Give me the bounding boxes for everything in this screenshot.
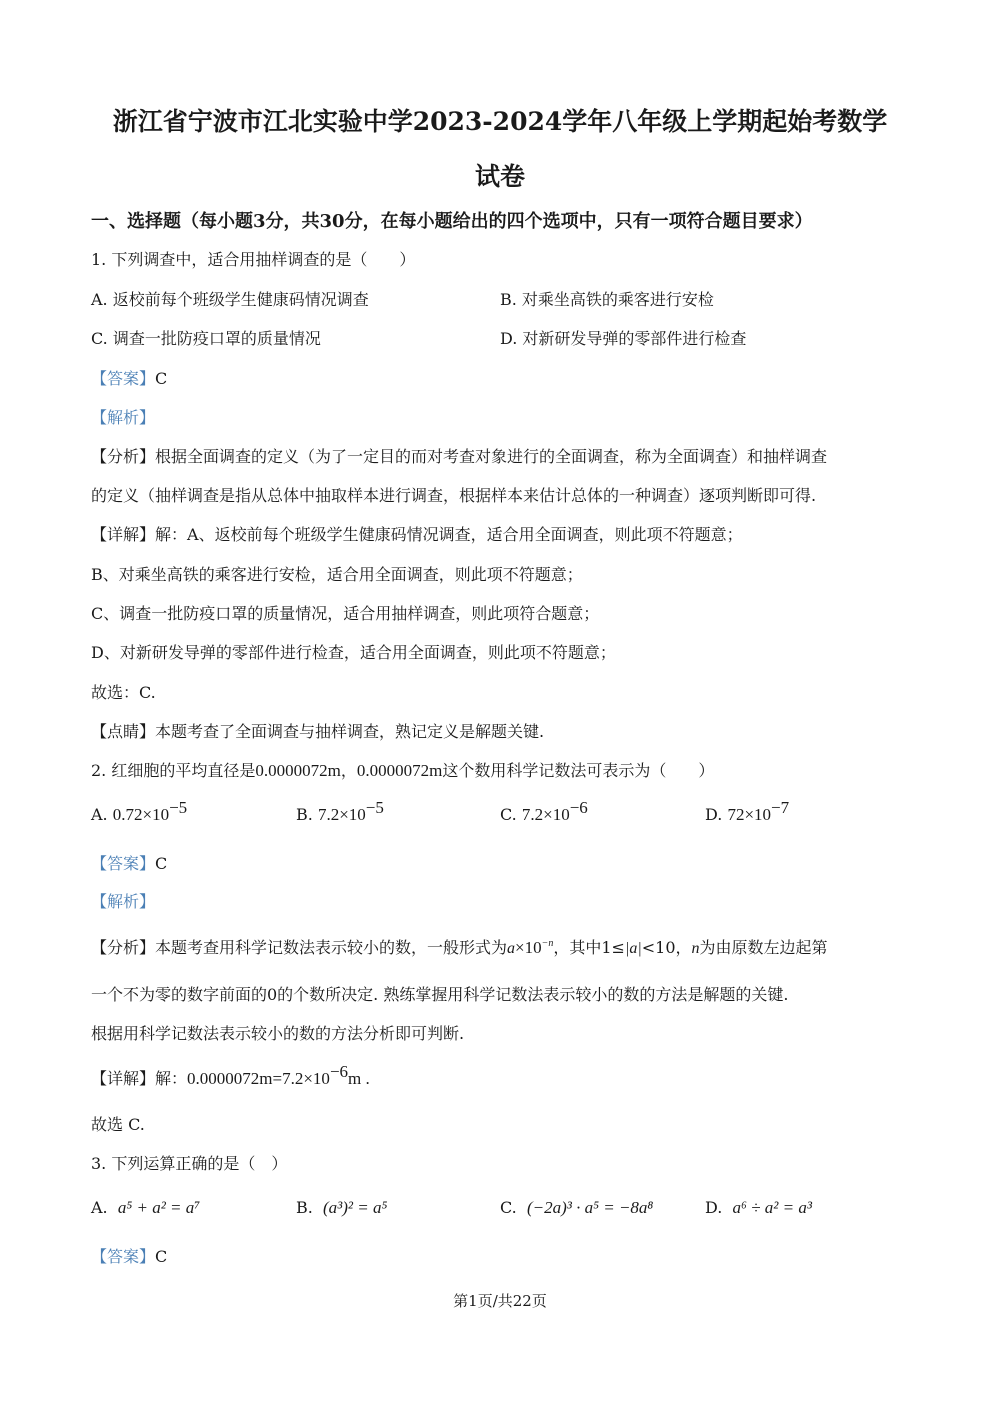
q2-conclusion: 故选 C. [91,1112,145,1135]
option-mantissa: 7.2×10 [522,805,570,824]
analysis-tag: 【解析】 [91,892,155,911]
option-label: A. [91,805,108,824]
formula-a: a [507,940,515,957]
fenxi-text: ，其中1≤ [553,938,625,957]
option-label: C. [500,805,517,824]
q2-option-a: A. 0.72×10−5 [91,805,187,825]
detail-prefix: 解： [155,1069,187,1088]
formula-base: ×10 [515,938,542,957]
q2-stem-value1: 0.0000072m [255,761,340,780]
q3-option-b: B. (a³)² = a⁵ [296,1198,387,1218]
q1-detail-line4: D、对新研发导弹的零部件进行检查，适合用全面调查，则此项不符题意； [91,640,616,663]
question-1-stem: 1. 下列调查中，适合用抽样调查的是（ ） [91,247,415,270]
section-heading: 一、选择题（每小题3分，共30分，在每小题给出的四个选项中，只有一项符合题目要求… [91,207,813,233]
option-label: A. [91,1198,108,1217]
option-expression: (−2a)³ · a⁵ = −8a⁸ [527,1198,653,1217]
q2-option-d: D. 72×10−7 [705,805,789,825]
q1-comment: 【点睛】本题考查了全面调查与抽样调查，熟记定义是解题关键. [91,719,544,742]
answer-tag: 【答案】 [91,369,155,388]
detail-tag: 【详解】 [91,1069,155,1088]
document-title-line1: 浙江省宁波市江北实验中学2023-2024学年八年级上学期起始考数学 [0,102,1000,138]
q3-option-a: A. a⁵ + a² = a⁷ [91,1198,200,1218]
formula-exponent: −n [542,938,554,949]
answer-tag: 【答案】 [91,1247,155,1266]
detail-tag: 【详解】 [91,525,155,544]
detail-unit: m . [348,1069,370,1088]
detail-math: 0.0000072m=7.2×10 [187,1069,330,1088]
q2-stem-sep: ， [341,761,357,780]
option-expression: a⁵ + a² = a⁷ [118,1198,200,1217]
comment-tag: 【点睛】 [91,722,155,741]
fenxi-text: 根据全面调查的定义（为了一定目的而对考查对象进行的全面调查，称为全面调查）和抽样… [155,447,827,466]
answer-tag: 【答案】 [91,854,155,873]
question-3-stem: 3. 下列运算正确的是（ ） [91,1151,287,1174]
answer-value: C [155,854,167,873]
formula-n: n [692,940,700,957]
q2-fenxi-line2: 一个不为零的数字前面的0的个数所决定. 熟练掌握用科学记数法表示较小的数的方法是… [91,982,788,1005]
fenxi-text: 本题考查用科学记数法表示较小的数，一般形式为 [155,938,507,957]
page-footer: 第1页/共22页 [0,1290,1000,1311]
q2-stem-suffix: 这个数用科学记数法可表示为（ ） [442,761,714,780]
option-label: D. [705,1198,722,1217]
analysis-tag: 【解析】 [91,408,155,427]
option-exponent: −6 [570,798,588,817]
q1-fenxi-line2: 的定义（抽样调查是指从总体中抽取样本进行调查，根据样本来估计总体的一种调查）逐项… [91,483,816,506]
option-label: B. [296,1198,313,1217]
q1-detail-line3: C、调查一批防疫口罩的质量情况，适合用抽样调查，则此项符合题意； [91,601,599,624]
option-expression: (a³)² = a⁵ [323,1198,387,1217]
q2-answer: 【答案】C [91,851,167,874]
q1-option-b: B. 对乘坐高铁的乘客进行安检 [500,287,714,310]
q3-answer: 【答案】C [91,1244,167,1267]
option-mantissa: 0.72×10 [113,805,169,824]
q2-detail: 【详解】解：0.0000072m=7.2×10−6m . [91,1066,370,1089]
q2-fenxi-line1: 【分析】本题考查用科学记数法表示较小的数，一般形式为a×10−n，其中1≤|a|… [91,935,828,958]
option-label: D. [705,805,722,824]
fenxi-text: <10， [642,938,692,957]
option-exponent: −7 [771,798,789,817]
q1-fenxi-line1: 【分析】根据全面调查的定义（为了一定目的而对考查对象进行的全面调查，称为全面调查… [91,444,827,467]
document-title-line2: 试卷 [0,157,1000,193]
option-label: B. [296,805,313,824]
answer-value: C [155,369,167,388]
q1-detail-line1: 【详解】解：A、返校前每个班级学生健康码情况调查，适合用全面调查，则此项不符题意… [91,522,743,545]
q2-analysis-tag: 【解析】 [91,889,155,912]
fenxi-tag: 【分析】 [91,447,155,466]
q2-stem-value2: 0.0000072m [357,761,442,780]
q2-fenxi-line3: 根据用科学记数法表示较小的数的方法分析即可判断. [91,1021,464,1044]
q1-detail-line2: B、对乘坐高铁的乘客进行安检，适合用全面调查，则此项不符题意； [91,562,583,585]
detail-text: 解：A、返校前每个班级学生健康码情况调查，适合用全面调查，则此项不符题意； [155,525,743,544]
option-exponent: −5 [366,798,384,817]
question-2-stem: 2. 红细胞的平均直径是0.0000072m，0.0000072m这个数用科学记… [91,758,714,781]
fenxi-tag: 【分析】 [91,938,155,957]
fenxi-text: 为由原数左边起第 [700,938,828,957]
exam-page: 浙江省宁波市江北实验中学2023-2024学年八年级上学期起始考数学 试卷 一、… [0,0,1000,1414]
q2-stem-prefix: 2. 红细胞的平均直径是 [91,761,255,780]
q2-option-b: B. 7.2×10−5 [296,805,384,825]
q1-answer: 【答案】C [91,366,167,389]
q1-analysis-tag: 【解析】 [91,405,155,428]
option-mantissa: 72×10 [727,805,771,824]
q1-option-c: C. 调查一批防疫口罩的质量情况 [91,326,321,349]
q1-option-a: A. 返校前每个班级学生健康码情况调查 [91,287,369,310]
option-exponent: −5 [169,798,187,817]
q3-option-c: C. (−2a)³ · a⁵ = −8a⁸ [500,1198,653,1218]
q2-option-c: C. 7.2×10−6 [500,805,588,825]
q1-conclusion: 故选：C. [91,680,156,703]
detail-exponent: −6 [330,1062,348,1081]
formula-abs-a: |a| [625,940,642,957]
option-mantissa: 7.2×10 [318,805,366,824]
comment-text: 本题考查了全面调查与抽样调查，熟记定义是解题关键. [155,722,544,741]
option-expression: a⁶ ÷ a² = a³ [733,1198,812,1217]
answer-value: C [155,1247,167,1266]
option-label: C. [500,1198,517,1217]
q1-option-d: D. 对新研发导弹的零部件进行检查 [500,326,746,349]
q3-option-d: D. a⁶ ÷ a² = a³ [705,1198,812,1218]
